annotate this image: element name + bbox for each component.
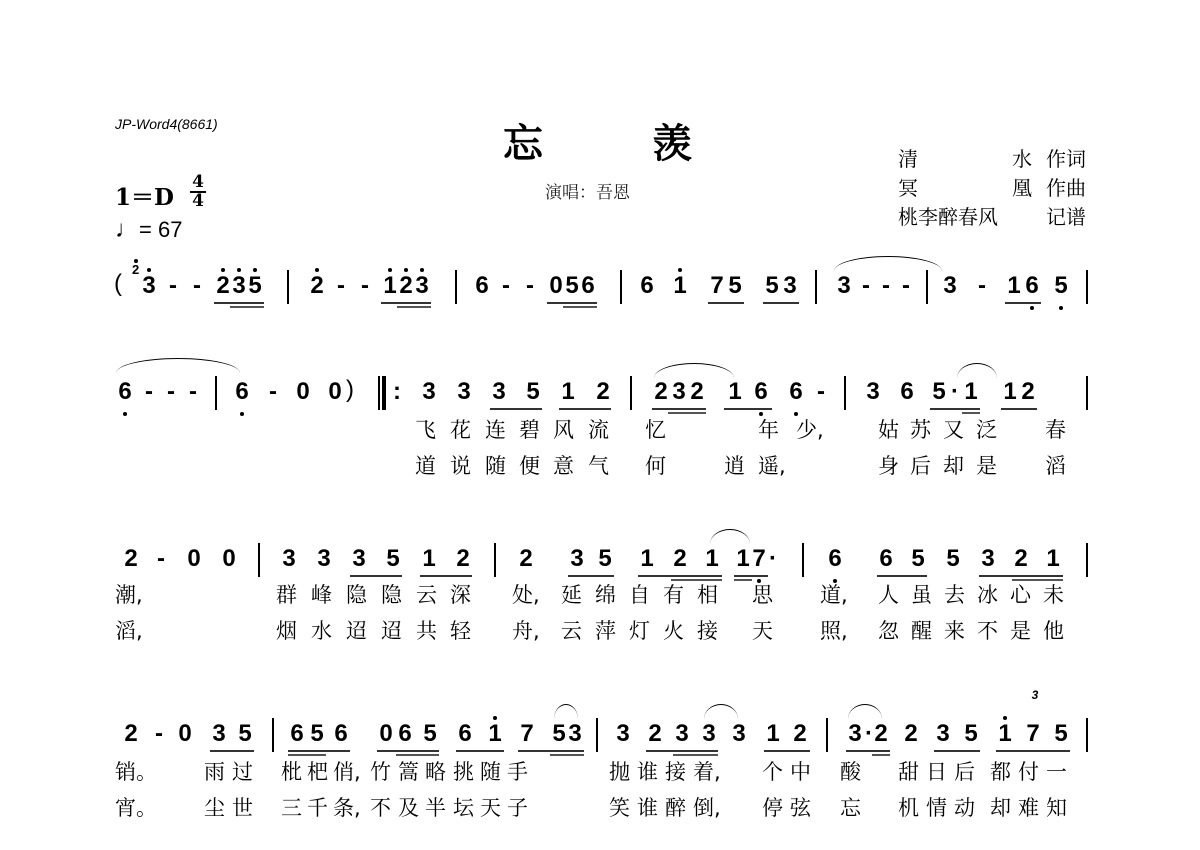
octave-dot: [1059, 306, 1063, 310]
software-label: JP-Word4(8661): [115, 116, 218, 132]
lyric: 处,: [512, 579, 540, 609]
barline: [455, 270, 457, 304]
lyric: 有: [663, 579, 684, 609]
lyric: 接: [697, 615, 718, 645]
note: 3: [941, 272, 959, 300]
note: 6: [638, 272, 656, 300]
octave-dot: [240, 412, 244, 416]
octave-dot: [237, 268, 241, 272]
open-paren: (: [114, 270, 122, 298]
lyric: 机: [898, 792, 919, 822]
note: 1: [703, 545, 721, 573]
octave-dot: [147, 268, 151, 272]
octave-dot: [388, 268, 392, 272]
note: 6: [396, 720, 414, 748]
lyric: 半: [425, 792, 446, 822]
underline: [846, 750, 890, 752]
lyric: 杷: [307, 756, 328, 786]
note: 3: [835, 272, 853, 300]
lyric: 天: [752, 615, 773, 645]
lyric: 坛: [453, 792, 474, 822]
octave-dot: [134, 259, 138, 263]
underline: [377, 750, 439, 752]
note: 5: [763, 272, 781, 300]
note: 2: [122, 545, 140, 573]
lyric: 酸: [840, 756, 861, 786]
singer-label: 演唱：吾恩: [545, 178, 630, 203]
lyric: 泛: [976, 414, 997, 444]
lyric: 世: [232, 792, 253, 822]
lyric: 滔,: [115, 615, 143, 645]
note: 3: [670, 378, 688, 406]
note: 0: [294, 378, 312, 406]
note: 3: [979, 545, 997, 573]
note: 1: [420, 545, 438, 573]
lyric: 甜: [898, 756, 919, 786]
note: 2: [791, 720, 809, 748]
note: 2: [594, 378, 612, 406]
lyric: 水: [311, 615, 332, 645]
note: 5: [726, 272, 744, 300]
slur: [848, 704, 882, 719]
lyric: 是: [976, 450, 997, 480]
underline: [288, 750, 350, 752]
lyricist-role: 作词: [1032, 145, 1086, 174]
grace-note: 2: [132, 262, 139, 277]
lyric: 姑: [878, 414, 899, 444]
lyric: 虽: [911, 579, 932, 609]
lyric: 及: [398, 792, 419, 822]
note: 2: [454, 545, 472, 573]
note: 3: [934, 720, 952, 748]
barline: [494, 543, 496, 577]
tie: [834, 256, 942, 271]
note: 1: [1001, 378, 1019, 406]
dash: -: [812, 378, 830, 406]
lyric: 说: [450, 450, 471, 480]
lyric: 三: [281, 792, 302, 822]
note: 7: [518, 720, 536, 748]
barline: [1086, 718, 1088, 752]
repeat-barline: [378, 376, 380, 410]
lyric: 萍: [595, 615, 616, 645]
lyric: 忘: [840, 792, 861, 822]
note: 2: [671, 545, 689, 573]
lyric: 篙: [398, 756, 419, 786]
underline: [652, 408, 706, 410]
lyric: 忆: [645, 414, 666, 444]
lyric: 照,: [820, 615, 848, 645]
note: 5: [524, 378, 542, 406]
note: 6: [456, 720, 474, 748]
note: 1: [726, 378, 744, 406]
lyric: 灯: [629, 615, 650, 645]
dash: -: [857, 272, 875, 300]
barline: [815, 270, 817, 304]
underline: [872, 754, 890, 756]
note: 6: [332, 720, 350, 748]
lyric: 少,: [796, 414, 824, 444]
note: 2: [902, 720, 920, 748]
tempo-marking: ♩= 67: [115, 216, 182, 244]
lyric: 人: [878, 579, 899, 609]
system-4: 2 - 0 3 5 6 5 6 0 6 5 6 1 7 5 3 3 2 3 3 …: [112, 710, 1090, 762]
lyric: 略: [425, 756, 446, 786]
lyric: 后: [954, 756, 975, 786]
octave-dot: [404, 268, 408, 272]
lyric: 延: [561, 579, 582, 609]
tie: [704, 704, 738, 719]
barline: [596, 718, 598, 752]
lyric: 又: [943, 414, 964, 444]
system-2: 6 - - - 6 - 0 0 ) : 3 3 3 5 1 2 2 3 2 1 …: [112, 368, 1090, 420]
note: 1: [1044, 545, 1062, 573]
underline: [420, 575, 472, 577]
lyric: 心: [1010, 579, 1031, 609]
note: 6: [579, 272, 597, 300]
note: 6: [898, 378, 916, 406]
note: 5: [962, 720, 980, 748]
lyric: 中: [790, 756, 811, 786]
dash: -: [497, 272, 515, 300]
lyric: 知: [1046, 792, 1067, 822]
barline: [630, 376, 632, 410]
underline: [1001, 408, 1037, 410]
note: 3: [210, 720, 228, 748]
lyric: 碧: [519, 414, 540, 444]
dash: -: [150, 720, 168, 748]
underline: [559, 408, 611, 410]
barline: [1086, 270, 1088, 304]
note: 1: [671, 272, 689, 300]
lyric: 飞: [415, 414, 436, 444]
underline: [490, 408, 542, 410]
lyric: 情: [926, 792, 947, 822]
lyric: 冰: [977, 579, 998, 609]
barline: [620, 270, 622, 304]
transcriber-name: 桃李醉春风: [898, 203, 998, 232]
note: 6: [473, 272, 491, 300]
note: 3: [700, 720, 718, 748]
lyric: 深: [450, 579, 471, 609]
lyric: 忽: [878, 615, 899, 645]
time-signature: 4 4: [190, 174, 206, 210]
underline: [724, 408, 772, 410]
quarter-note-icon: ♩: [115, 216, 139, 243]
repeat-colon: :: [388, 378, 406, 406]
lyric: 便: [519, 450, 540, 480]
note: 6: [116, 378, 134, 406]
lyric: 峰: [311, 579, 332, 609]
barline: [215, 376, 217, 410]
lyric: 潮,: [115, 579, 143, 609]
lyric: 倒,: [693, 792, 721, 822]
note: 6: [233, 378, 251, 406]
lyric: 未: [1043, 579, 1064, 609]
underline: [668, 412, 706, 414]
note: 2: [1019, 378, 1037, 406]
note: 2: [872, 720, 890, 748]
note: 5: [384, 545, 402, 573]
lyric: 身: [878, 450, 899, 480]
tie: [957, 363, 997, 378]
lyric: 谁: [637, 756, 658, 786]
dot-rhythm: ·: [764, 545, 782, 573]
lyric: 逍: [724, 450, 745, 480]
underline: [934, 750, 980, 752]
underline: [979, 575, 1063, 577]
barline: [926, 270, 928, 304]
lyric: 一: [1046, 756, 1067, 786]
dash: -: [188, 272, 206, 300]
lyric: 意: [553, 450, 574, 480]
tie: [710, 529, 750, 544]
note: 7: [1024, 720, 1042, 748]
lyric: 却: [990, 792, 1011, 822]
lyric: 接: [665, 756, 686, 786]
lyric: 宵。: [115, 792, 157, 822]
lyric: 道,: [820, 579, 848, 609]
note: 3: [864, 378, 882, 406]
dash: -: [897, 272, 915, 300]
note: 1: [559, 378, 577, 406]
tempo-value: = 67: [139, 217, 182, 242]
underline: [734, 575, 768, 577]
lyric: 去: [944, 579, 965, 609]
lyric: 舟,: [512, 615, 540, 645]
underline: [397, 306, 431, 308]
lyric: 手: [507, 756, 528, 786]
underline: [563, 306, 597, 308]
time-sig-top: 4: [190, 174, 206, 191]
lyric: 付: [1018, 756, 1039, 786]
note: 6: [1023, 272, 1041, 300]
dash: -: [162, 378, 180, 406]
lyric: 弦: [790, 792, 811, 822]
lyric: 笑: [609, 792, 630, 822]
dash: -: [521, 272, 539, 300]
lyric: 迢: [381, 615, 402, 645]
dash: -: [184, 378, 202, 406]
lyric: 不: [370, 792, 391, 822]
underline: [210, 750, 254, 752]
note: 5: [944, 545, 962, 573]
note: 2: [646, 720, 664, 748]
lyric: 后: [910, 450, 931, 480]
barline: [272, 718, 274, 752]
underline: [708, 302, 744, 304]
lyric: 醉: [665, 792, 686, 822]
composer-name-b: 凰: [1012, 174, 1032, 203]
note: 0: [326, 378, 344, 406]
note: 2: [308, 272, 326, 300]
lyric: 动: [954, 792, 975, 822]
song-title-char-2: 羡: [652, 112, 692, 169]
barline: [258, 543, 260, 577]
note: 3: [350, 545, 368, 573]
note: 1: [1005, 272, 1023, 300]
time-sig-bottom: 4: [190, 193, 206, 210]
lyric: 不: [977, 615, 998, 645]
underline: [550, 754, 584, 756]
lyric: 烟: [276, 615, 297, 645]
dash: -: [264, 378, 282, 406]
lyric: 隐: [346, 579, 367, 609]
lyric: 滔: [1045, 450, 1066, 480]
note: 1: [638, 545, 656, 573]
underline: [930, 408, 980, 410]
lyric: 云: [416, 579, 437, 609]
credit-lyricist: 清 水 作词: [898, 145, 1086, 174]
lyric: 相: [697, 579, 718, 609]
octave-dot: [420, 268, 424, 272]
composer-name-a: 冥: [898, 174, 918, 203]
tie: [116, 358, 240, 373]
dash: -: [152, 545, 170, 573]
note: 1: [962, 378, 980, 406]
octave-dot: [123, 412, 127, 416]
dash: -: [164, 272, 182, 300]
lyric: 都: [990, 756, 1011, 786]
credit-transcriber: 桃李醉春风 记谱: [898, 203, 1086, 232]
lyric: 遥,: [758, 450, 786, 480]
close-paren: ): [346, 376, 354, 404]
underline: [350, 575, 402, 577]
barline: [802, 543, 804, 577]
lyric: 道: [415, 450, 436, 480]
underline: [230, 306, 264, 308]
barline: [1086, 376, 1088, 410]
octave-dot: [493, 716, 497, 720]
underline: [214, 302, 264, 304]
note: 5: [909, 545, 927, 573]
note: 3: [490, 378, 508, 406]
lyric: 俏,: [333, 756, 361, 786]
lyric: 醒: [911, 615, 932, 645]
note: 5: [1052, 720, 1070, 748]
underline: [1005, 302, 1041, 304]
note: 2: [1012, 545, 1030, 573]
barline: [1086, 543, 1088, 577]
note: 1: [996, 720, 1014, 748]
credits: 清 水 作词 冥 凰 作曲 桃李醉春风 记谱: [898, 145, 1086, 232]
lyric: 花: [450, 414, 471, 444]
octave-dot: [221, 268, 225, 272]
octave-dot: [1030, 306, 1034, 310]
lyric: 年: [758, 414, 779, 444]
note: 0: [185, 545, 203, 573]
underline: [734, 579, 752, 581]
lyric: 个: [762, 756, 783, 786]
system-1: ( 2 3 - - 2 3 5 2 - - 1 2 3 6 - - 0 5 6 …: [112, 262, 1090, 314]
underline: [518, 750, 584, 752]
transcriber-role: 记谱: [1036, 203, 1086, 232]
lyric: 何: [645, 450, 666, 480]
note: 1: [764, 720, 782, 748]
note: 6: [877, 545, 895, 573]
lyric: 着,: [693, 756, 721, 786]
note: 5: [308, 720, 326, 748]
lyric: 条,: [333, 792, 361, 822]
lyric: 千: [307, 792, 328, 822]
lyric: 枇: [281, 756, 302, 786]
note: 5: [421, 720, 439, 748]
lyric: 天: [480, 792, 501, 822]
note: 0: [176, 720, 194, 748]
note: 6: [826, 545, 844, 573]
dash: -: [332, 272, 350, 300]
note: 3: [420, 378, 438, 406]
barline: [844, 376, 846, 410]
note: 0: [377, 720, 395, 748]
lyric: 流: [588, 414, 609, 444]
note: 1: [486, 720, 504, 748]
lyric: 子: [507, 792, 528, 822]
underline: [547, 302, 597, 304]
note: 3: [730, 720, 748, 748]
dash: -: [973, 272, 991, 300]
note: 3: [673, 720, 691, 748]
note: 3: [140, 272, 158, 300]
key-signature: 1＝D: [115, 179, 174, 212]
lyric: 隐: [381, 579, 402, 609]
lyric: 群: [276, 579, 297, 609]
note: 3: [413, 272, 431, 300]
lyric: 停: [762, 792, 783, 822]
underline: [877, 575, 927, 577]
lyric: 来: [944, 615, 965, 645]
lyric: 挑: [453, 756, 474, 786]
octave-dot: [253, 268, 257, 272]
composer-role: 作曲: [1032, 174, 1086, 203]
lyric: 随: [480, 756, 501, 786]
lyric: 云: [561, 615, 582, 645]
octave-dot: [1003, 716, 1007, 720]
lyric: 销。: [115, 756, 157, 786]
barline: [826, 718, 828, 752]
barline: [287, 270, 289, 304]
lyric: 竹: [370, 756, 391, 786]
lyric: 气: [588, 450, 609, 480]
song-title-char-1: 忘: [503, 112, 543, 169]
note: 2: [652, 378, 670, 406]
octave-dot: [678, 268, 682, 272]
lyric: 他: [1043, 615, 1064, 645]
lyric: 连: [485, 414, 506, 444]
lyric: 尘: [204, 792, 225, 822]
dash: -: [356, 272, 374, 300]
lyricist-name-b: 水: [1012, 145, 1032, 174]
lyric: 迢: [346, 615, 367, 645]
underline: [456, 750, 504, 752]
note: 3: [315, 545, 333, 573]
lyric: 绵: [595, 579, 616, 609]
lyric: 风: [553, 414, 574, 444]
triplet-label: 3: [1000, 688, 1070, 702]
note: 5: [246, 272, 264, 300]
lyric: 是: [1010, 615, 1031, 645]
lyric: 共: [416, 615, 437, 645]
underline: [646, 750, 718, 752]
lyric: 轻: [450, 615, 471, 645]
note: 6: [288, 720, 306, 748]
lyric: 随: [485, 450, 506, 480]
note: 3: [280, 545, 298, 573]
note: 2: [517, 545, 535, 573]
note: 6: [752, 378, 770, 406]
note: 2: [688, 378, 706, 406]
lyric: 火: [663, 615, 684, 645]
